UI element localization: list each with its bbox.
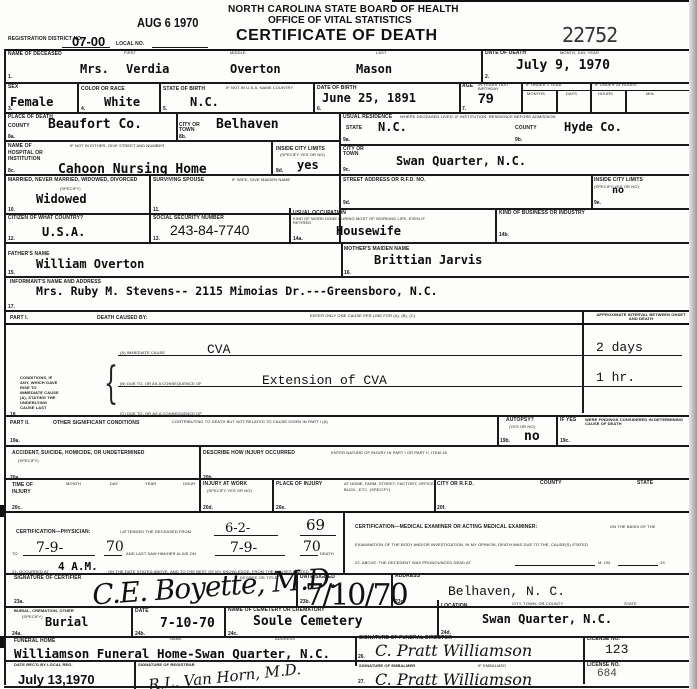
hospital-note: IF NOT IN EITHER, GIVE STREET AND NUMBER — [70, 144, 164, 148]
spouse-label: SURVIVING SPOUSE — [153, 178, 204, 183]
autopsy-value: no — [524, 430, 540, 443]
funeral-home-address-label: ADDRESS — [275, 637, 295, 641]
divider — [118, 355, 682, 356]
divider — [152, 47, 208, 48]
received-date-stamp: AUG 6 1970 — [137, 15, 198, 30]
me-m-label: M. ON — [598, 561, 610, 565]
divider — [4, 445, 690, 447]
informant-value: Mrs. Ruby M. Stevens-- 2115 Mimoias Dr.-… — [36, 286, 438, 298]
field-number: 27. — [358, 679, 365, 685]
if-yes-note: WERE FINDINGS CONSIDERED IN DETERMINING … — [585, 418, 685, 426]
accident-label: ACCIDENT, SUICIDE, HOMICIDE, OR UNDETERM… — [12, 451, 144, 456]
divider — [289, 208, 291, 242]
place-of-injury-note: AT HOME, FARM, STREET, FACTORY, OFFICE B… — [344, 481, 434, 494]
funeral-home-name-label: NAME — [170, 637, 182, 641]
divider — [134, 660, 136, 689]
residence-state-value: N.C. — [378, 121, 407, 133]
attended-to-year: 70 — [106, 540, 124, 554]
middle-name: Overton — [230, 63, 281, 75]
me-text-2: EXAMINATION OF THE BODY AND/OR INVESTIGA… — [355, 543, 588, 547]
divider — [625, 90, 627, 112]
state-of-birth-note: IF NOT IN U.S.A. NAME COUNTRY — [226, 86, 293, 90]
divider — [224, 606, 226, 636]
burial-specify: (SPECIFY) — [22, 615, 43, 619]
attended-to-date: 7-9- — [36, 541, 63, 555]
scan-edge-mark — [0, 636, 4, 648]
citizen-label: CITIZEN OF WHAT COUNTRY? — [8, 216, 83, 221]
divider — [590, 82, 592, 112]
divider — [521, 82, 523, 112]
part2-label: PART II. — [10, 421, 30, 426]
divider — [176, 112, 178, 140]
divider — [339, 144, 690, 146]
top-rule — [392, 0, 690, 2]
funeral-director-signature: C. Pratt Williamson — [375, 641, 532, 660]
me-19-label: 19 — [660, 561, 665, 565]
place-of-injury-label: PLACE OF INJURY — [276, 482, 322, 487]
first-name: Verdia — [126, 63, 169, 75]
days-label: DAYS — [566, 92, 577, 96]
field-number: 9a. — [343, 137, 350, 143]
death-county-value: Beaufort Co. — [48, 118, 142, 131]
last-saw-text: AND LAST SAW HIM/HER ALIVE ON — [126, 552, 196, 556]
place-of-death-label: PLACE OF DEATH — [8, 115, 53, 120]
sex-value: Female — [10, 96, 53, 108]
registration-district-value: 07-00 — [72, 35, 105, 48]
last-name: Mason — [356, 63, 392, 75]
occupation-value: Housewife — [336, 225, 401, 237]
field-number: 9d. — [343, 200, 350, 206]
funeral-home-value: Williamson Funeral Home-Swan Quarter, N.… — [14, 648, 330, 661]
location-state-label: STATE — [624, 602, 637, 606]
certifier-signature-label: SIGNATURE OF CERTIFIER — [14, 576, 81, 581]
physician-cert-label: CERTIFICATION—PHYSICIAN: — [16, 530, 91, 535]
me-cert-label: CERTIFICATION—MEDICAL EXAMINER OR ACTING… — [355, 525, 537, 530]
min-label: MIN. — [646, 92, 655, 96]
me-text-1: ON THE BASIS OF THE — [610, 525, 656, 529]
describe-injury-note: ENTER NATURE OF INJURY IN PART I OR PART… — [331, 451, 447, 455]
agency-name: NORTH CAROLINA STATE BOARD OF HEALTH — [228, 4, 459, 15]
death-city-label: CITY OR TOWN — [179, 123, 209, 133]
local-no-label: LOCAL NO. — [116, 42, 144, 47]
day-label: DAY — [110, 482, 118, 486]
divider — [497, 415, 499, 445]
attended-from-date: 6-2- — [225, 522, 250, 535]
name-label: NAME OF DECEASED — [8, 52, 62, 57]
burial-value: Burial — [45, 616, 88, 628]
injury-city-label: CITY OR R.F.D. — [437, 482, 474, 487]
divider — [481, 49, 483, 82]
divider — [131, 606, 133, 636]
hours-label: HOURS — [598, 92, 613, 96]
attended-text: I ATTENDED THE DECEASED FROM — [120, 530, 191, 534]
industry-label: KIND OF BUSINESS OR INDUSTRY — [499, 211, 585, 216]
field-number: 9c. — [343, 167, 350, 173]
injury-at-work-label: INJURY AT WORK — [203, 482, 247, 487]
death-label: DEATH — [320, 552, 334, 556]
divider — [4, 310, 690, 312]
sex-label: SEX — [8, 85, 18, 90]
cause-b-interval: 1 hr. — [596, 371, 635, 384]
if-yes-label: IF YES — [560, 418, 576, 423]
field-number: 23c. — [395, 599, 405, 605]
month-label: MONTH — [66, 482, 81, 486]
age-value: 79 — [478, 91, 494, 105]
divider — [272, 478, 274, 511]
field-number: 9b. — [515, 137, 522, 143]
date-received-label: DATE REC'D BY LOCAL REG. — [14, 663, 73, 667]
divider — [4, 511, 690, 513]
field-number: 19b. — [500, 438, 510, 444]
year-label: YEAR — [145, 482, 156, 486]
divider — [556, 415, 558, 445]
marital-specify: (SPECIFY) — [60, 187, 81, 191]
injury-at-work-note: (SPECIFY YES OR NO) — [207, 489, 252, 493]
under-1-year-label: IF UNDER 1 YEAR — [526, 83, 562, 87]
embalmer-label: SIGNATURE OF EMBALMER — [359, 664, 415, 668]
license-value: 123 — [605, 643, 628, 656]
divider — [4, 573, 690, 575]
location-note: CITY, TOWN, OR COUNTY — [512, 602, 563, 606]
residence-county-value: Hyde Co. — [564, 121, 622, 133]
to-label: TO — [12, 552, 18, 556]
divider — [313, 82, 315, 112]
divider — [437, 600, 439, 636]
divider — [4, 174, 340, 176]
death-inside-city-note: (SPECIFY YES OR NO) — [280, 153, 325, 157]
accident-specify: (SPECIFY) — [18, 459, 39, 463]
race-value: White — [104, 96, 140, 108]
death-inside-city-value: yes — [297, 159, 319, 171]
field-number: 19a. — [10, 438, 20, 444]
date-of-birth-value: June 25, 1891 — [322, 92, 416, 104]
date-of-death: July 9, 1970 — [516, 59, 610, 72]
name-prefix: Mrs. — [80, 63, 109, 75]
divider — [118, 386, 682, 387]
divider — [296, 573, 298, 606]
certificate-number: 22752 — [562, 23, 617, 47]
embalmer-license-value: 684 — [597, 669, 617, 680]
death-county-label: COUNTY — [8, 124, 30, 129]
cemetery-value: Soule Cemetery — [253, 615, 363, 628]
registrar-label: SIGNATURE OF REGISTRAR — [138, 663, 195, 667]
field-number: 23a. — [14, 599, 24, 605]
father-value: William Overton — [36, 258, 144, 270]
field-number: 2. — [485, 74, 489, 80]
describe-injury-label: DESCRIBE HOW INJURY OCCURRED — [203, 451, 295, 456]
embalmer-note: IF EMBALMED — [478, 664, 506, 668]
date-received-value: July 13,1970 — [18, 673, 95, 686]
divider — [343, 511, 345, 573]
divider — [339, 174, 690, 176]
scan-edge-mark — [0, 505, 4, 517]
agency-office: OFFICE OF VITAL STATISTICS — [268, 15, 412, 26]
injury-county-label: COUNTY — [540, 481, 562, 486]
cemetery-label: NAME OF CEMETERY OR CREMATORY — [228, 608, 325, 613]
death-caused-by-label: DEATH CAUSED BY: — [97, 316, 148, 321]
divider — [4, 140, 340, 142]
other-conditions-note: CONTRIBUTING TO DEATH BUT NOT RELATED TO… — [172, 420, 328, 424]
part1-label: PART I. — [10, 316, 28, 321]
me-text-3: 22. ABOVE. THE DECEDENT WAS PRONOUNCED D… — [355, 561, 471, 565]
residence-city-label: CITY OR TOWN — [343, 147, 367, 157]
interval-label: APPROXIMATE INTERVAL BETWEEN ONSET AND D… — [596, 313, 686, 321]
first-label: FIRST — [124, 51, 136, 55]
ssn-label: SOCIAL SECURITY NUMBER — [153, 216, 224, 221]
divider — [77, 82, 79, 112]
funeral-home-label: FUNERAL HOME — [14, 639, 55, 644]
date-format-label: MONTH, DAY, YEAR — [560, 51, 599, 55]
attended-from-year: 69 — [306, 518, 325, 533]
divider — [341, 242, 343, 276]
field-number: 9e. — [594, 200, 601, 206]
document-title: CERTIFICATE OF DEATH — [236, 27, 438, 45]
location-label: LOCATION — [441, 604, 468, 609]
date-of-death-label: DATE OF DEATH — [485, 51, 526, 56]
under-24-hours-label: IF UNDER 24 HOURS — [595, 83, 637, 87]
race-label: COLOR OR RACE — [81, 87, 125, 92]
citizen-value: U.S.A. — [42, 226, 85, 238]
death-city-value: Belhaven — [216, 118, 279, 131]
divider — [300, 555, 318, 556]
divider — [4, 82, 690, 84]
divider — [159, 82, 161, 112]
divider — [556, 90, 558, 112]
divider — [149, 174, 151, 242]
residence-note: WHERE DECEASED LIVED. IF INSTITUTION, RE… — [400, 115, 556, 119]
divider — [391, 573, 393, 606]
residence-state-label: STATE — [346, 126, 362, 131]
divider — [4, 606, 690, 608]
divider — [300, 535, 336, 536]
hospital-label: NAME OF HOSPITAL OR INSTITUTION — [8, 143, 58, 163]
divider — [618, 565, 658, 566]
conditions-note: CONDITIONS, IF ANY, WHICH GAVE RISE TO I… — [20, 375, 60, 410]
other-conditions-label: OTHER SIGNIFICANT CONDITIONS — [53, 421, 139, 426]
divider — [582, 310, 584, 413]
mother-label: MOTHER'S MAIDEN NAME — [344, 247, 409, 252]
divider — [4, 49, 6, 685]
marital-value: Widowed — [36, 193, 87, 205]
months-label: MONTHS — [527, 92, 545, 96]
spouse-note: IF WIFE, GIVE MAIDEN NAME — [232, 178, 290, 182]
certifier-address-value: Belhaven, N. C. — [448, 585, 565, 598]
hour-label: HOUR — [183, 482, 195, 486]
field-number: 14b. — [499, 232, 509, 238]
divider — [355, 636, 357, 666]
state-of-birth-value: N.C. — [190, 96, 219, 108]
divider — [591, 174, 593, 208]
death-certificate: AUG 6 1970 NORTH CAROLINA STATE BOARD OF… — [0, 0, 697, 689]
middle-label: MIDDLE — [230, 51, 246, 55]
mother-value: Brittian Jarvis — [374, 254, 482, 266]
divider — [4, 686, 690, 688]
last-saw-date: 7-9- — [230, 541, 257, 555]
occurred-time: 4 A.M. — [58, 561, 98, 572]
age-label: AGE — [462, 84, 473, 89]
field-number: 1. — [8, 74, 12, 80]
state-of-birth-label: STATE OF BIRTH — [163, 87, 205, 92]
divider — [4, 323, 690, 325]
divider — [104, 555, 122, 556]
divider — [459, 82, 461, 112]
residence-inside-city-value: no — [612, 186, 624, 196]
burial-date-label: DATE — [135, 609, 149, 614]
divider — [515, 565, 595, 566]
certifier-address-label: ADDRESS — [395, 574, 420, 579]
cause-instructions: ENTER ONLY ONE CAUSE PER LINE FOR (a), (… — [310, 314, 415, 318]
cause-a-interval: 2 days — [596, 341, 643, 354]
divider — [271, 140, 273, 174]
injury-state-label: STATE — [637, 481, 653, 486]
residence-inside-city-label: INSIDE CITY LIMITS — [594, 178, 643, 183]
ssn-value: 243-84-7740 — [170, 223, 249, 237]
divider — [4, 242, 690, 244]
last-saw-year: 70 — [303, 540, 321, 554]
marital-label: MARRIED, NEVER MARRIED, WIDOWED, DIVORCE… — [8, 178, 137, 183]
last-label: LAST — [376, 51, 386, 55]
burial-date-value: 7-10-70 — [160, 617, 215, 630]
time-of-injury-label: TIME OF INJURY — [12, 482, 38, 495]
bracket-glyph: { — [104, 362, 118, 406]
field-number: 23b. — [300, 599, 310, 605]
divider — [434, 478, 436, 511]
burial-label: BURIAL, CREMATION, OTHER — [14, 609, 74, 613]
field-number: 19c. — [560, 438, 570, 444]
residence-county-label: COUNTY — [515, 126, 537, 131]
divider — [4, 478, 690, 480]
scan-right-edge — [689, 0, 697, 689]
divider — [495, 208, 497, 242]
residence-street-label: STREET ADDRESS OR R.F.D. No. — [343, 178, 426, 183]
autopsy-label: AUTOPSY? — [506, 418, 534, 423]
divider — [4, 276, 690, 278]
residence-city-value: Swan Quarter, N.C. — [396, 155, 526, 167]
location-value: Swan Quarter, N.C. — [482, 613, 612, 625]
